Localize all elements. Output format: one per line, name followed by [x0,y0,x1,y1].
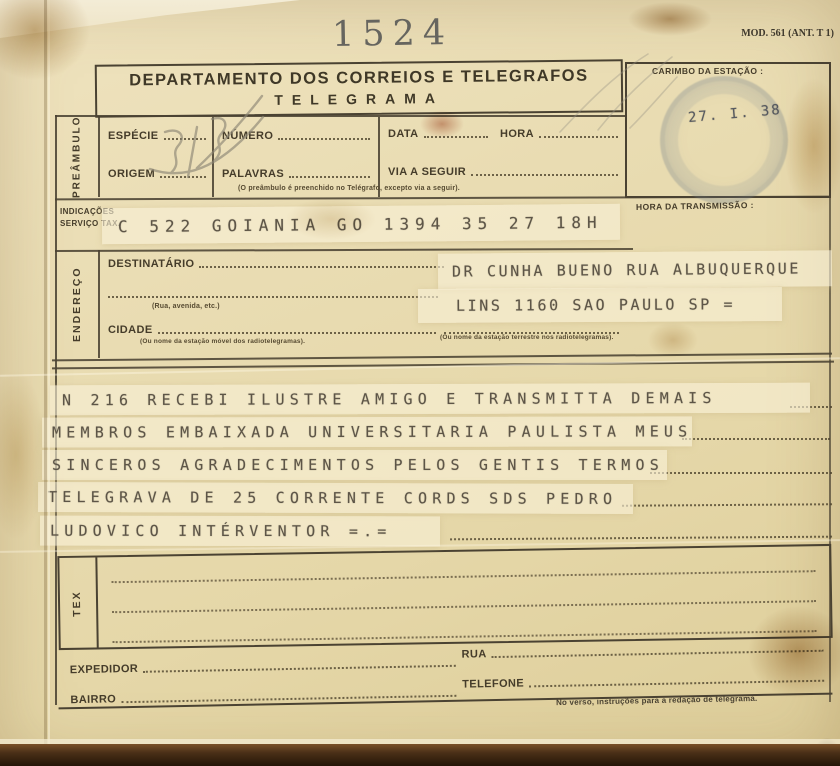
scan-background-strip [0,744,840,766]
message-strip-2: MEMBROS EMBAIXADA UNIVERSITARIA PAULISTA… [42,416,692,447]
endereco-section-label: ENDEREÇO [57,252,97,356]
especie-label: ESPÉCIE [108,130,159,142]
message-strip-5: LUDOVICO INTÉRVENTOR =.= [40,516,440,547]
numero-label: NÚMERO [222,130,273,142]
dotted-line [424,126,488,138]
dotted-line [121,685,456,703]
hora-field: HORA [500,126,620,140]
address-typed-line2: LINS 1160 SAO PAULO SP = [456,295,735,314]
palavras-label: PALAVRAS [222,168,284,180]
endereco-cell-divider [98,250,100,358]
telefone-label: TELEFONE [462,677,524,690]
origem-field: ORIGEM [108,166,208,180]
model-ref: MOD. 561 (ANT. T 1) [688,28,834,39]
message-line-1: N 216 RECEBI ILUSTRE AMIGO E TRANSMITTA … [62,389,717,409]
texto-section-label: TEX [61,564,92,644]
dotted-stub-2 [682,428,830,440]
dotted-line [471,164,618,176]
dotted-line [158,322,436,334]
preambulo-note: (O preâmbulo é preenchido no Telégrafo, … [238,185,460,192]
dotted-stub-5 [450,526,832,541]
movel-note: (Ou nome da estação móvel dos radioteleg… [140,338,305,345]
message-strip-4: TELEGRAVA DE 25 CORRENTE CORDS SDS PEDRO [38,482,633,514]
dotted-stub-4 [622,493,832,506]
telegram-scan: 1524 MOD. 561 (ANT. T 1) DEPARTAMENTO DO… [0,0,840,766]
message-strip-3: SINCEROS AGRADECIMENTOS PELOS GENTIS TER… [42,450,667,480]
dotted-line [289,166,370,178]
numero-field: NÚMERO [222,128,372,142]
bairro-label: BAIRRO [70,693,116,706]
via-a-seguir-field: VIA A SEGUIR [388,164,620,178]
expedidor-field: EXPEDIDOR [70,655,462,677]
expedidor-label: EXPEDIDOR [70,663,139,676]
message-line-2: MEMBROS EMBAIXADA UNIVERSITARIA PAULISTA… [52,422,692,441]
message-line-4: TELEGRAVA DE 25 CORRENTE CORDS SDS PEDRO [48,488,617,508]
texto-cell-divider [95,557,98,647]
dotted-line [143,655,456,673]
message-line-5: LUDOVICO INTÉRVENTOR =.= [50,522,392,541]
dotted-line [160,166,206,178]
dotted-line [278,128,370,140]
origem-label: ORIGEM [108,168,155,180]
endereco-double-line-1 [52,353,832,362]
left-fold-crease [44,0,47,745]
preambulo-cell-divider [98,117,100,197]
stain-top-left [0,0,90,80]
left-fold-highlight [48,0,50,745]
rua-label: RUA [461,648,486,660]
dotted-line [199,256,444,268]
terrestre-note: (Ou nome da estação terrestre nos radiot… [440,334,613,341]
address-dotted-line [108,286,438,298]
address-typed-line1: DR CUNHA BUENO RUA ALBUQUERQUE [452,260,801,281]
torn-edge [0,0,300,40]
address-typed-strip-2: LINS 1160 SAO PAULO SP = [418,287,782,323]
address-typed-strip-1: DR CUNHA BUENO RUA ALBUQUERQUE [438,250,832,289]
cidade-label: CIDADE [108,324,153,336]
rua-note: (Rua, avenida, etc.) [152,303,220,310]
cidade-field: CIDADE [108,322,438,336]
especie-field: ESPÉCIE [108,128,208,142]
message-line-3: SINCEROS AGRADECIMENTOS PELOS GENTIS TER… [52,456,664,474]
department-title: DEPARTAMENTO DOS CORREIOS E TELEGRAFOS [97,66,621,90]
hora-transmissao-label: HORA DA TRANSMISSÃO : [636,200,754,212]
postmark-stamp-icon [660,76,788,204]
telefone-field: TELEFONE [462,670,830,691]
preambulo-col1-divider [212,117,214,197]
dotted-line [164,128,207,140]
message-strip-1: N 216 RECEBI ILUSTRE AMIGO E TRANSMITTA … [50,383,810,416]
destinatario-label: DESTINATÁRIO [108,258,194,270]
via-a-seguir-label: VIA A SEGUIR [388,166,466,178]
indicacoes-bottom-line [55,248,633,252]
hora-label: HORA [500,128,534,140]
carimbo-label: CARIMBO DA ESTAÇÃO : [652,66,763,76]
indicacoes-typed-value: C 522 GOIANIA GO 1394 35 27 18H [118,212,603,235]
palavras-field: PALAVRAS [222,166,372,180]
texto-box: TEX [57,544,832,650]
stain-mid-right [648,322,698,358]
indicacoes-typed-strip: C 522 GOIANIA GO 1394 35 27 18H [102,204,620,245]
form-title: TELEGRAMA [97,88,621,109]
texto-dotted-line-2 [112,600,816,613]
preambulo-section-label: PREÂMBULO [57,118,97,196]
data-label: DATA [388,128,419,140]
data-field: DATA [388,126,490,140]
destinatario-field: DESTINATÁRIO [108,256,446,270]
dotted-line [539,126,618,138]
serial-number: 1524 [332,13,454,55]
texto-dotted-line-1 [112,570,816,583]
header-box: DEPARTAMENTO DOS CORREIOS E TELEGRAFOS T… [95,59,624,118]
endereco-double-line-2 [52,361,834,370]
dotted-line [529,670,824,688]
stain-left-mid [0,370,46,540]
bairro-field: BAIRRO [70,685,462,707]
cidade-dotted-right [444,322,619,334]
dotted-stub-3 [650,462,832,474]
